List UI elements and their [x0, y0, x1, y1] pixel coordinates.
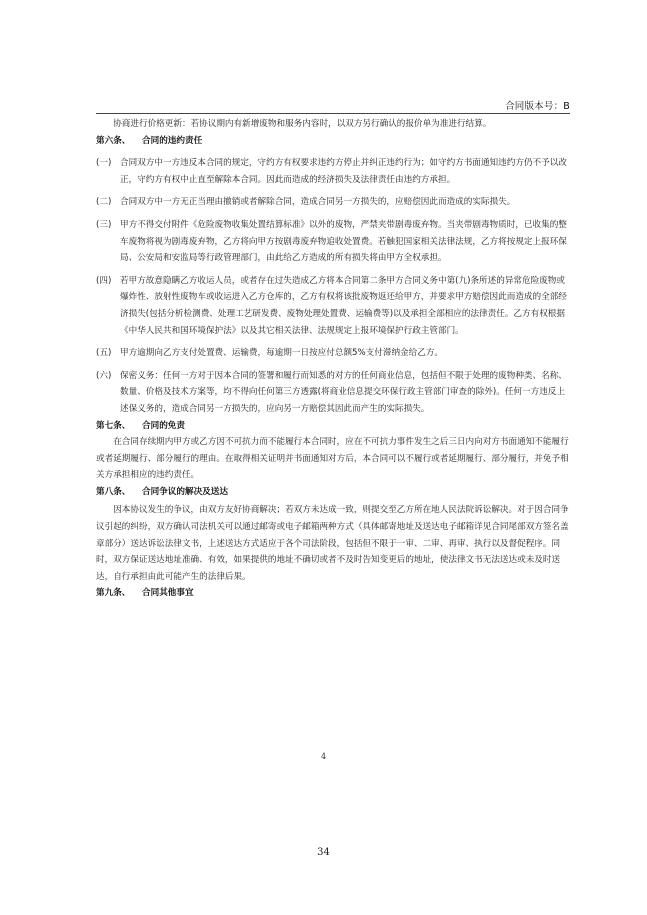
clause-text: 合同双方中一方违反本合同的规定，守约方有权要求违约方停止并纠正违约行为；如守约方…: [120, 155, 570, 188]
clause-6-2: (二) 合同双方中一方无正当理由撤销或者解除合同，造成合同另一方损失的，应赔偿因…: [96, 194, 570, 211]
intro-continuation-paragraph: 协商进行价格更新：若协议期内有新增废物和服务内容时，以双方另行确认的报价单为准进…: [96, 116, 570, 133]
clause-marker: (六): [96, 368, 111, 385]
clause-text: 若甲方故意隐瞒乙方收运人员，或者存在过失造成乙方将本合同第二条甲方合同义务中第(…: [120, 273, 570, 339]
clause-text: 甲方不得交付附件《危险废物收集处置结算标准》以外的废物，严禁夹带剧毒废弃物。当夹…: [120, 217, 570, 267]
outer-page-number: 34: [0, 847, 647, 858]
section-seven-heading: 第七条、合同的免责: [96, 418, 570, 435]
clause-marker: (五): [96, 345, 111, 362]
section-eight-body: 因本协议发生的争议，由双方友好协商解决；若双方未达成一致，则提交至乙方所在地人民…: [96, 502, 570, 585]
document-body: 协商进行价格更新：若协议期内有新增废物和服务内容时，以双方另行确认的报价单为准进…: [96, 116, 570, 602]
clause-marker: (四): [96, 273, 111, 290]
clause-text: 保密义务：任何一方对于因本合同的签署和履行而知悉的对方的任何商业信息，包括但不限…: [120, 368, 570, 418]
clause-text: 合同双方中一方无正当理由撤销或者解除合同，造成合同另一方损失的，应赔偿因此而造成…: [120, 194, 570, 211]
clause-6-5: (五) 甲方逾期向乙方支付处置费、运输费，每逾期一日按应付总额5%支付滞纳金给乙…: [96, 345, 570, 362]
section-eight-title: 合同争议的解决及送达: [142, 487, 228, 497]
section-nine-heading: 第九条、合同其他事宜: [96, 585, 570, 602]
contract-version-label: 合同版本号：B: [505, 98, 570, 112]
section-seven-number: 第七条、: [96, 418, 142, 435]
inner-page-number: 4: [0, 752, 647, 761]
section-eight-heading: 第八条、合同争议的解决及送达: [96, 484, 570, 501]
clause-marker: (一): [96, 155, 111, 172]
section-six-heading: 第六条、合同的违约责任: [96, 133, 570, 150]
section-six-number: 第六条、: [96, 133, 142, 150]
section-nine-number: 第九条、: [96, 585, 142, 602]
section-six-title: 合同的违约责任: [142, 136, 202, 146]
clause-text: 甲方逾期向乙方支付处置费、运输费，每逾期一日按应付总额5%支付滞纳金给乙方。: [120, 345, 570, 362]
clause-marker: (二): [96, 194, 111, 211]
clause-6-3: (三) 甲方不得交付附件《危险废物收集处置结算标准》以外的废物，严禁夹带剧毒废弃…: [96, 217, 570, 267]
clause-6-1: (一) 合同双方中一方违反本合同的规定，守约方有权要求违约方停止并纠正违约行为；…: [96, 155, 570, 188]
section-nine-title: 合同其他事宜: [142, 588, 194, 598]
clause-6-4: (四) 若甲方故意隐瞒乙方收运人员，或者存在过失造成乙方将本合同第二条甲方合同义…: [96, 273, 570, 339]
clause-6-6: (六) 保密义务：任何一方对于因本合同的签署和履行而知悉的对方的任何商业信息，包…: [96, 368, 570, 418]
section-seven-title: 合同的免责: [142, 421, 185, 431]
section-eight-number: 第八条、: [96, 484, 142, 501]
section-seven-body: 在合同存续期内甲方或乙方因不可抗力而不能履行本合同时，应在不可抗力事件发生之后三…: [96, 434, 570, 484]
page-header: 合同版本号：B: [96, 97, 570, 114]
clause-marker: (三): [96, 217, 111, 234]
document-page: 合同版本号：B 协商进行价格更新：若协议期内有新增废物和服务内容时，以双方另行确…: [0, 0, 647, 915]
